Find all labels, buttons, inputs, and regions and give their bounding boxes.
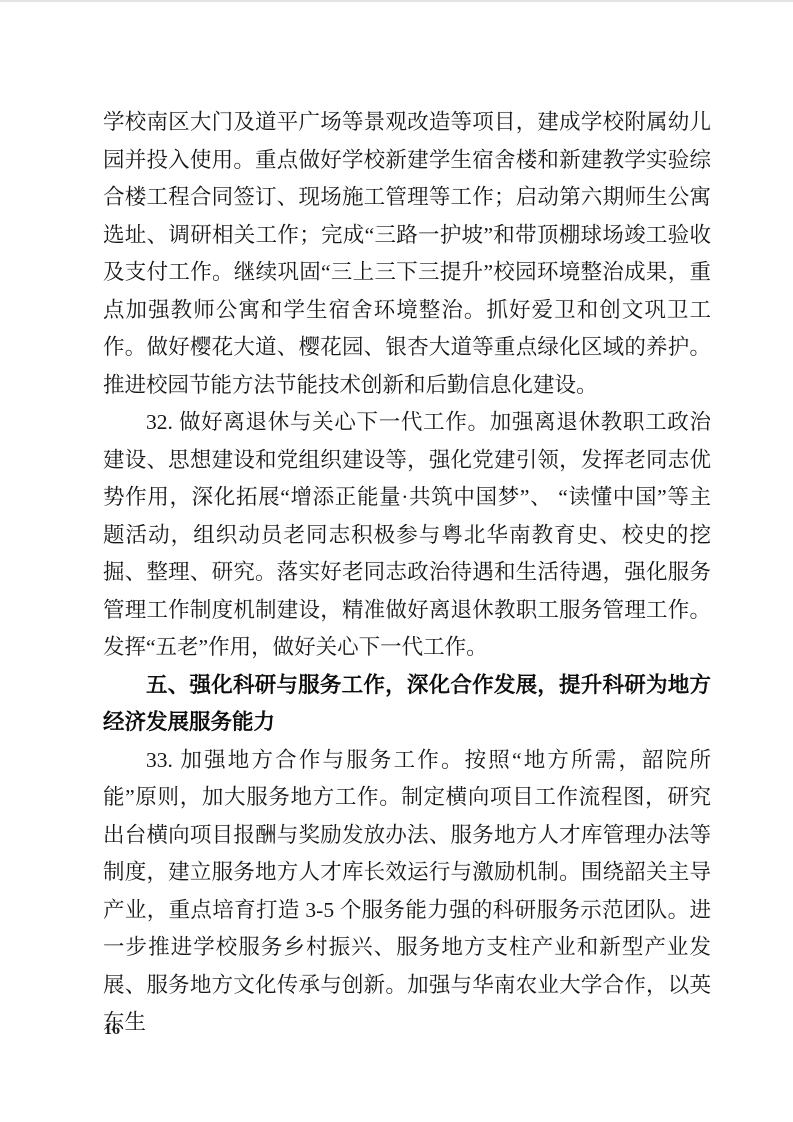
paragraph-item-32: 32. 做好离退休与关心下一代工作。加强离退休教职工政治建设、思想建设和党组织建… xyxy=(103,404,711,667)
page-top-edge xyxy=(0,0,793,2)
document-page: 学校南区大门及道平广场等景观改造等项目，建成学校附属幼儿园并投入使用。重点做好学… xyxy=(0,0,793,1122)
paragraph-item-33: 33. 加强地方合作与服务工作。按照“地方所需，韶院所能”原则，加大服务地方工作… xyxy=(103,742,711,1042)
body-paragraph-continuation: 学校南区大门及道平广场等景观改造等项目，建成学校附属幼儿园并投入使用。重点做好学… xyxy=(103,104,711,404)
document-text-block: 学校南区大门及道平广场等景观改造等项目，建成学校附属幼儿园并投入使用。重点做好学… xyxy=(103,104,711,1042)
page-number: 16 xyxy=(104,1021,120,1039)
section-heading-5: 五、强化科研与服务工作，深化合作发展，提升科研为地方经济发展服务能力 xyxy=(103,667,711,742)
